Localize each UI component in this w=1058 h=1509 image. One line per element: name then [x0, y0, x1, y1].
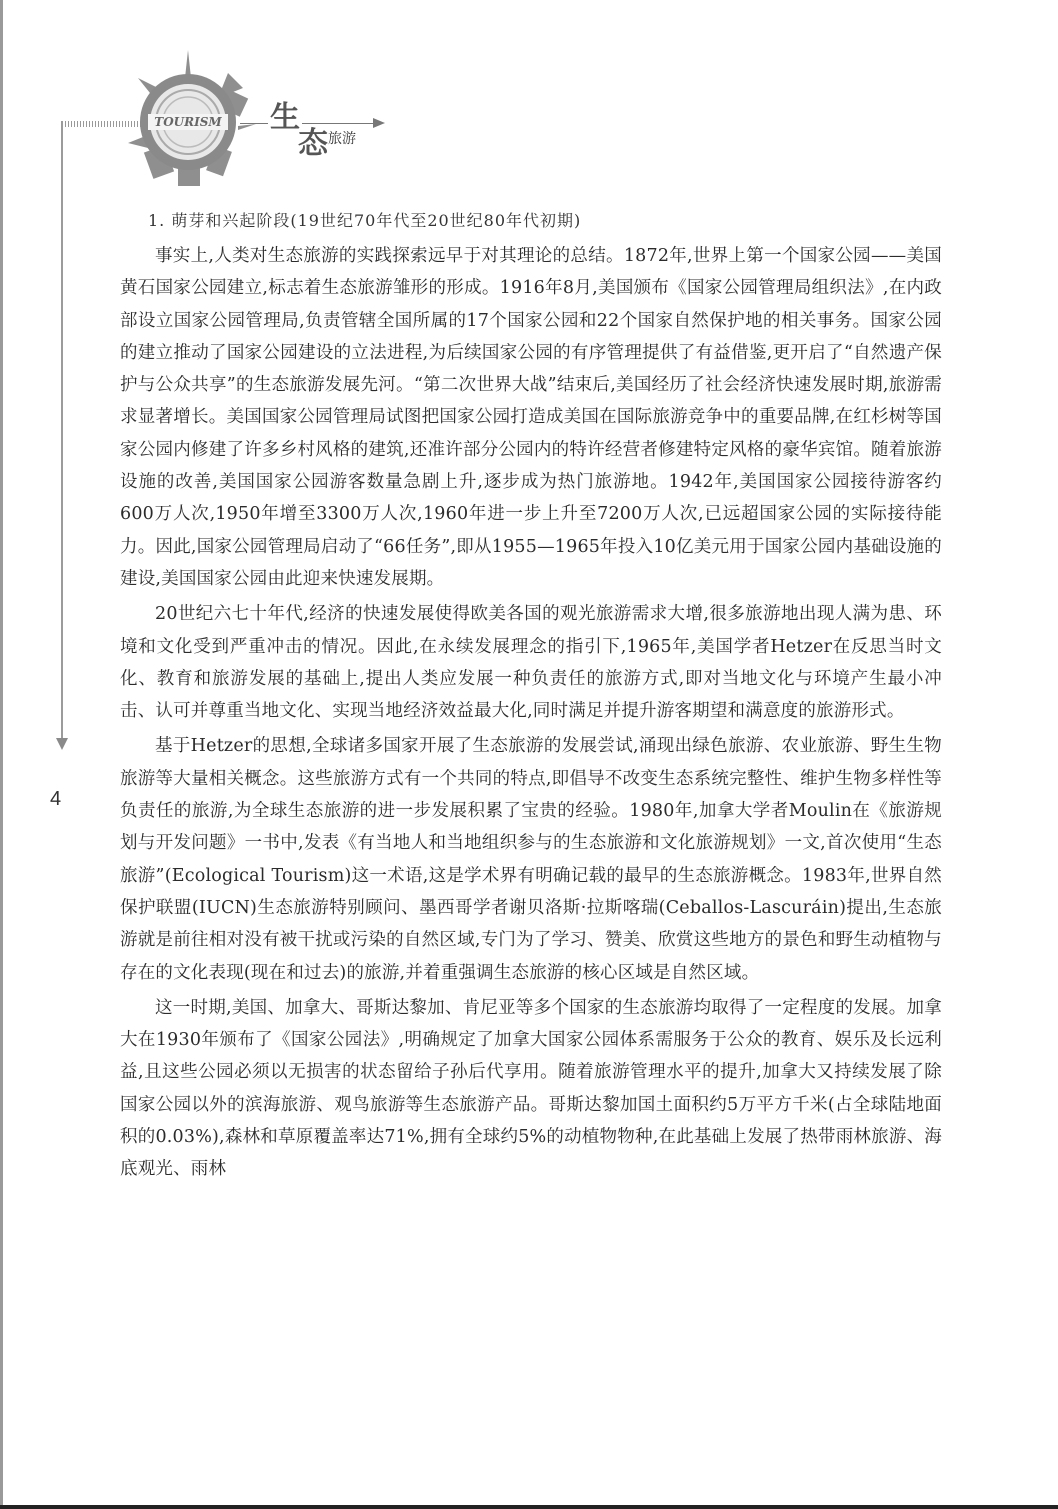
paragraph-2: 20世纪六七十年代,经济的快速发展使得欧美各国的观光旅游需求大增,很多旅游地出现… — [120, 598, 942, 727]
page-bottom-edge — [0, 1505, 1058, 1509]
body-content: 1. 萌芽和兴起阶段(19世纪70年代至20世纪80年代初期) 事实上,人类对生… — [120, 206, 942, 1189]
brand-subtitle: 旅游 — [328, 128, 356, 148]
section-heading: 1. 萌芽和兴起阶段(19世纪70年代至20世纪80年代初期) — [120, 206, 942, 236]
paragraph-3: 基于Hetzer的思想,全球诸多国家开展了生态旅游的发展尝试,涌现出绿色旅游、农… — [120, 730, 942, 988]
margin-guide-line — [61, 121, 63, 741]
chapter-header: TOURISM 生 态 旅游 — [0, 0, 1058, 200]
arrow-right-icon — [373, 118, 385, 128]
arrow-down-icon — [56, 738, 68, 750]
brand-title-char-2: 态 — [298, 118, 328, 162]
brand-title-char-1: 生 — [268, 92, 302, 136]
page-number: 4 — [50, 788, 61, 811]
page-left-edge — [0, 0, 3, 1509]
paragraph-4: 这一时期,美国、加拿大、哥斯达黎加、肯尼亚等多个国家的生态旅游均取得了一定程度的… — [120, 992, 942, 1186]
paragraph-1: 事实上,人类对生态旅游的实践探索远早于对其理论的总结。1872年,世界上第一个国… — [120, 240, 942, 595]
badge-text: TOURISM — [148, 115, 228, 129]
